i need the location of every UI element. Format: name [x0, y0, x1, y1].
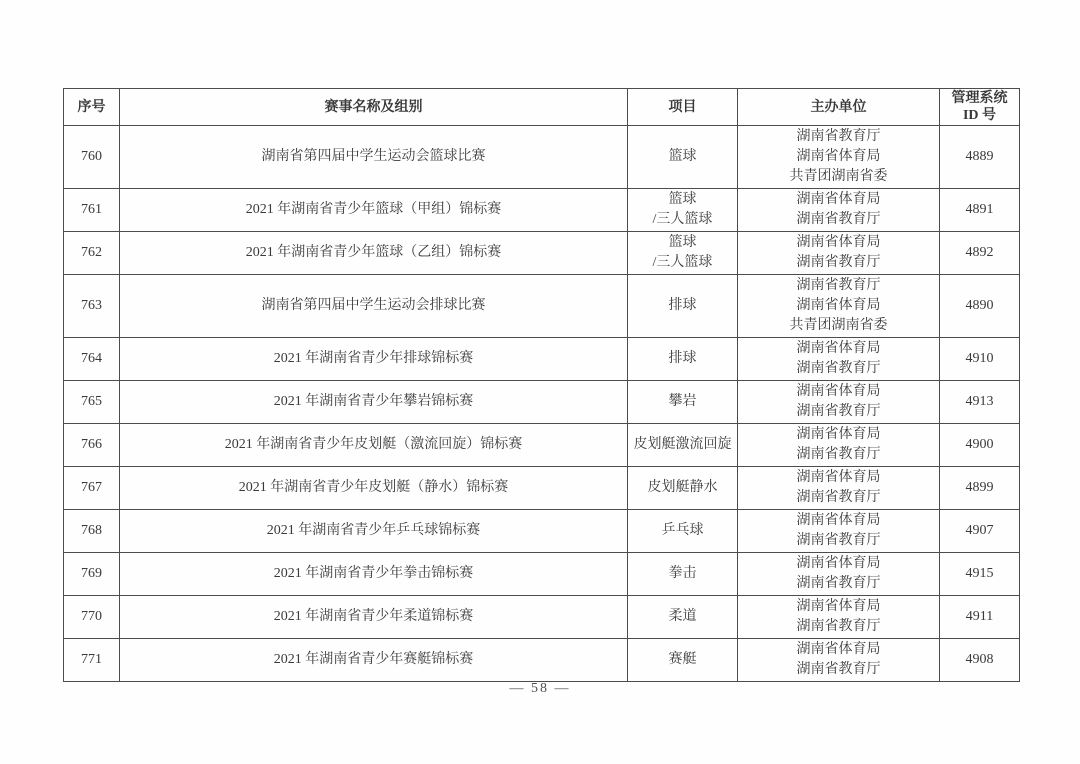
id-cell: 4908 — [940, 639, 1020, 682]
event-name-cell: 2021 年湖南省青少年攀岩锦标赛 — [120, 381, 628, 424]
id-cell: 4890 — [940, 275, 1020, 338]
table-row: 7682021 年湖南省青少年乒乓球锦标赛乒乓球湖南省体育局 湖南省教育厅490… — [64, 510, 1020, 553]
sport-cell: 拳击 — [628, 553, 738, 596]
table-row: 7702021 年湖南省青少年柔道锦标赛柔道湖南省体育局 湖南省教育厅4911 — [64, 596, 1020, 639]
table-row: 7652021 年湖南省青少年攀岩锦标赛攀岩湖南省体育局 湖南省教育厅4913 — [64, 381, 1020, 424]
event-name-cell: 2021 年湖南省青少年赛艇锦标赛 — [120, 639, 628, 682]
sport-cell: 篮球 — [628, 126, 738, 189]
table-row: 7642021 年湖南省青少年排球锦标赛排球湖南省体育局 湖南省教育厅4910 — [64, 338, 1020, 381]
column-header-id: 管理系统 ID 号 — [940, 89, 1020, 126]
event-name-cell: 2021 年湖南省青少年排球锦标赛 — [120, 338, 628, 381]
event-name-cell: 2021 年湖南省青少年皮划艇（静水）锦标赛 — [120, 467, 628, 510]
events-table: 序号赛事名称及组别项目主办单位管理系统 ID 号 760湖南省第四届中学生运动会… — [63, 88, 1020, 682]
page-number: — 58 — — [0, 681, 1080, 697]
serial-cell: 761 — [64, 189, 120, 232]
column-header-sport: 项目 — [628, 89, 738, 126]
table-row: 7692021 年湖南省青少年拳击锦标赛拳击湖南省体育局 湖南省教育厅4915 — [64, 553, 1020, 596]
sport-cell: 乒乓球 — [628, 510, 738, 553]
serial-cell: 765 — [64, 381, 120, 424]
serial-cell: 771 — [64, 639, 120, 682]
sport-cell: 皮划艇静水 — [628, 467, 738, 510]
organizer-cell: 湖南省体育局 湖南省教育厅 — [738, 232, 940, 275]
id-cell: 4892 — [940, 232, 1020, 275]
sport-cell: 篮球 /三人篮球 — [628, 189, 738, 232]
serial-cell: 766 — [64, 424, 120, 467]
id-cell: 4913 — [940, 381, 1020, 424]
sport-cell: 排球 — [628, 338, 738, 381]
table-row: 7612021 年湖南省青少年篮球（甲组）锦标赛篮球 /三人篮球湖南省体育局 湖… — [64, 189, 1020, 232]
sport-cell: 攀岩 — [628, 381, 738, 424]
table-row: 7662021 年湖南省青少年皮划艇（激流回旋）锦标赛皮划艇激流回旋湖南省体育局… — [64, 424, 1020, 467]
id-cell: 4915 — [940, 553, 1020, 596]
sport-cell: 柔道 — [628, 596, 738, 639]
column-header-name: 赛事名称及组别 — [120, 89, 628, 126]
event-name-cell: 2021 年湖南省青少年篮球（甲组）锦标赛 — [120, 189, 628, 232]
organizer-cell: 湖南省体育局 湖南省教育厅 — [738, 189, 940, 232]
event-name-cell: 2021 年湖南省青少年篮球（乙组）锦标赛 — [120, 232, 628, 275]
organizer-cell: 湖南省体育局 湖南省教育厅 — [738, 467, 940, 510]
event-name-cell: 2021 年湖南省青少年柔道锦标赛 — [120, 596, 628, 639]
event-name-cell: 2021 年湖南省青少年拳击锦标赛 — [120, 553, 628, 596]
organizer-cell: 湖南省体育局 湖南省教育厅 — [738, 424, 940, 467]
serial-cell: 767 — [64, 467, 120, 510]
id-cell: 4889 — [940, 126, 1020, 189]
id-cell: 4900 — [940, 424, 1020, 467]
event-name-cell: 湖南省第四届中学生运动会排球比赛 — [120, 275, 628, 338]
serial-cell: 762 — [64, 232, 120, 275]
column-header-no: 序号 — [64, 89, 120, 126]
table-row: 7622021 年湖南省青少年篮球（乙组）锦标赛篮球 /三人篮球湖南省体育局 湖… — [64, 232, 1020, 275]
table-header-row: 序号赛事名称及组别项目主办单位管理系统 ID 号 — [64, 89, 1020, 126]
serial-cell: 770 — [64, 596, 120, 639]
table-row: 7712021 年湖南省青少年赛艇锦标赛赛艇湖南省体育局 湖南省教育厅4908 — [64, 639, 1020, 682]
organizer-cell: 湖南省体育局 湖南省教育厅 — [738, 639, 940, 682]
sport-cell: 皮划艇激流回旋 — [628, 424, 738, 467]
organizer-cell: 湖南省体育局 湖南省教育厅 — [738, 338, 940, 381]
serial-cell: 769 — [64, 553, 120, 596]
organizer-cell: 湖南省教育厅 湖南省体育局 共青团湖南省委 — [738, 126, 940, 189]
table-head: 序号赛事名称及组别项目主办单位管理系统 ID 号 — [64, 89, 1020, 126]
id-cell: 4899 — [940, 467, 1020, 510]
organizer-cell: 湖南省体育局 湖南省教育厅 — [738, 381, 940, 424]
sport-cell: 排球 — [628, 275, 738, 338]
event-name-cell: 2021 年湖南省青少年乒乓球锦标赛 — [120, 510, 628, 553]
organizer-cell: 湖南省体育局 湖南省教育厅 — [738, 553, 940, 596]
event-name-cell: 2021 年湖南省青少年皮划艇（激流回旋）锦标赛 — [120, 424, 628, 467]
serial-cell: 764 — [64, 338, 120, 381]
sport-cell: 赛艇 — [628, 639, 738, 682]
id-cell: 4907 — [940, 510, 1020, 553]
organizer-cell: 湖南省教育厅 湖南省体育局 共青团湖南省委 — [738, 275, 940, 338]
table-row: 760湖南省第四届中学生运动会篮球比赛篮球湖南省教育厅 湖南省体育局 共青团湖南… — [64, 126, 1020, 189]
table-body: 760湖南省第四届中学生运动会篮球比赛篮球湖南省教育厅 湖南省体育局 共青团湖南… — [64, 126, 1020, 682]
serial-cell: 763 — [64, 275, 120, 338]
id-cell: 4910 — [940, 338, 1020, 381]
table-row: 763湖南省第四届中学生运动会排球比赛排球湖南省教育厅 湖南省体育局 共青团湖南… — [64, 275, 1020, 338]
table-row: 7672021 年湖南省青少年皮划艇（静水）锦标赛皮划艇静水湖南省体育局 湖南省… — [64, 467, 1020, 510]
id-cell: 4911 — [940, 596, 1020, 639]
organizer-cell: 湖南省体育局 湖南省教育厅 — [738, 510, 940, 553]
id-cell: 4891 — [940, 189, 1020, 232]
event-name-cell: 湖南省第四届中学生运动会篮球比赛 — [120, 126, 628, 189]
document-page: 序号赛事名称及组别项目主办单位管理系统 ID 号 760湖南省第四届中学生运动会… — [0, 0, 1080, 764]
sport-cell: 篮球 /三人篮球 — [628, 232, 738, 275]
column-header-organizer: 主办单位 — [738, 89, 940, 126]
serial-cell: 768 — [64, 510, 120, 553]
serial-cell: 760 — [64, 126, 120, 189]
organizer-cell: 湖南省体育局 湖南省教育厅 — [738, 596, 940, 639]
